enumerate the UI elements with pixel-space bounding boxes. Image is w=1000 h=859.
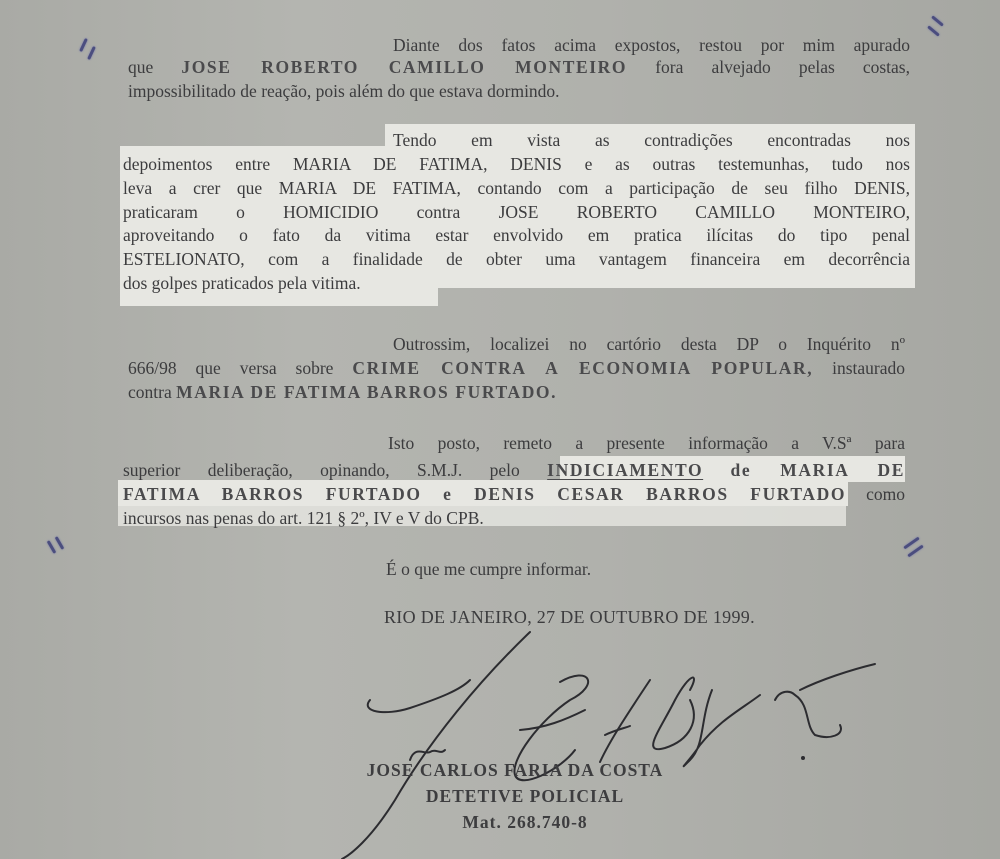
signer-name: JOSE CARLOS FARIA DA COSTA (335, 760, 695, 781)
document-page: Diante dos fatos acima expostos, restou … (0, 0, 1000, 859)
handwritten-signature-icon (0, 0, 1000, 859)
signer-registration: Mat. 268.740-8 (335, 812, 715, 833)
signer-title: DETETIVE POLICIAL (335, 786, 715, 807)
